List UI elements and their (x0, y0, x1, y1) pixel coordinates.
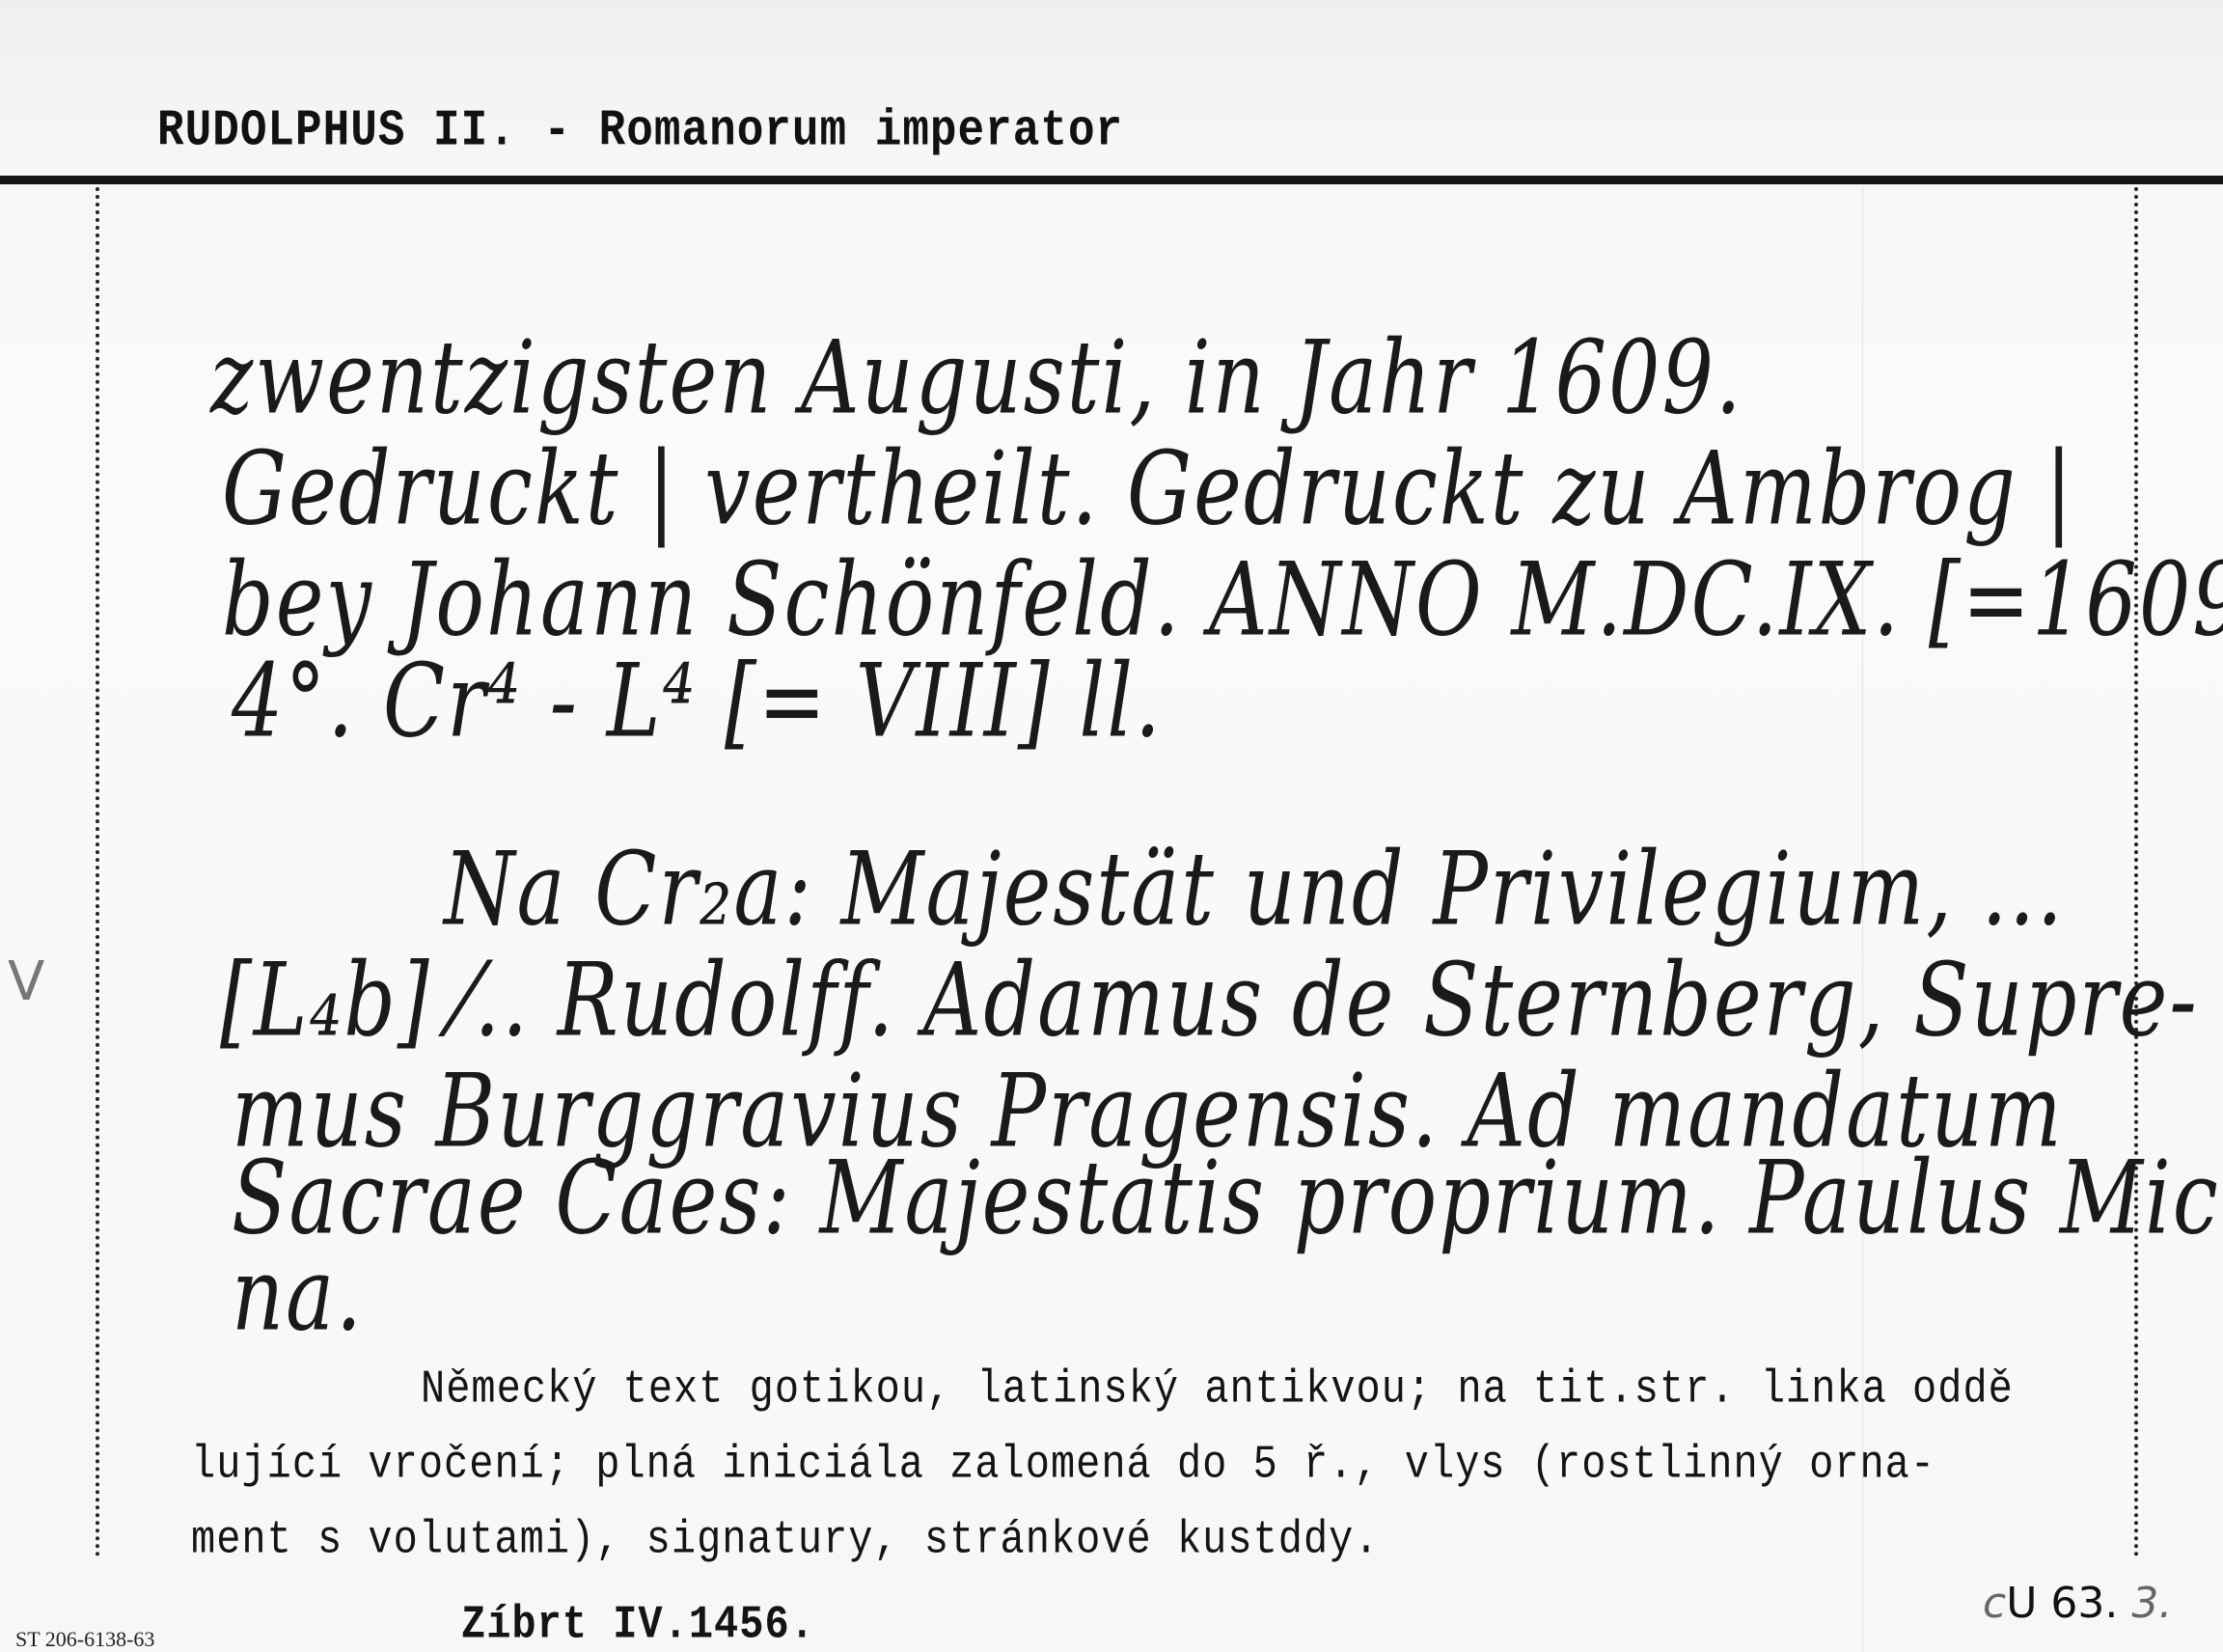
handwritten-line: [L₄b] ⁄.. Rudolff. Adamus de Sternberg, … (220, 941, 2199, 1060)
bibliographic-reference: Zíbrt IV.1456. (461, 1598, 815, 1651)
margin-check-mark: V (8, 950, 44, 1013)
pen-mark: c (1983, 1579, 2006, 1628)
handwritten-line: 4°. Cr⁴ - L⁴ [= VIII] ll. (232, 642, 1163, 760)
call-number-typed: U 63. (2006, 1579, 2118, 1628)
handwritten-line: zwentzigsten Augusti, in Jahr 1609. (210, 318, 1743, 437)
typed-note-line: lující vročení; plná iniciála zalomená d… (191, 1438, 1935, 1491)
heading-rule (0, 176, 2223, 184)
typed-note-line: Německý text gotikou, latinský antikvou;… (421, 1363, 2014, 1416)
catalog-card: RUDOLPHUS II. - Romanorum imperator zwen… (0, 0, 2223, 1652)
handwritten-line: Gedruckt | vertheilt. Gedruckt zu Ambrog… (222, 429, 2074, 548)
handwritten-line: Na Cr₂a: Majestät und Privilegium, ... (444, 830, 2065, 949)
typed-note-line: ment s volutami), signatury, stránkové k… (191, 1513, 1380, 1566)
print-stamp: ST 206-6138-63 (15, 1627, 154, 1652)
call-number: cU 63. 3. (1983, 1579, 2172, 1628)
handwritten-line: Sacrae Caes: Majestatis proprium. Paulus… (232, 1139, 2223, 1257)
handwritten-line: na. (232, 1235, 364, 1354)
left-margin-dotted-line (96, 187, 99, 1557)
right-margin-dotted-line (2134, 187, 2138, 1557)
card-heading: RUDOLPHUS II. - Romanorum imperator (157, 102, 1123, 160)
call-number-pen-suffix: 3. (2131, 1579, 2172, 1628)
